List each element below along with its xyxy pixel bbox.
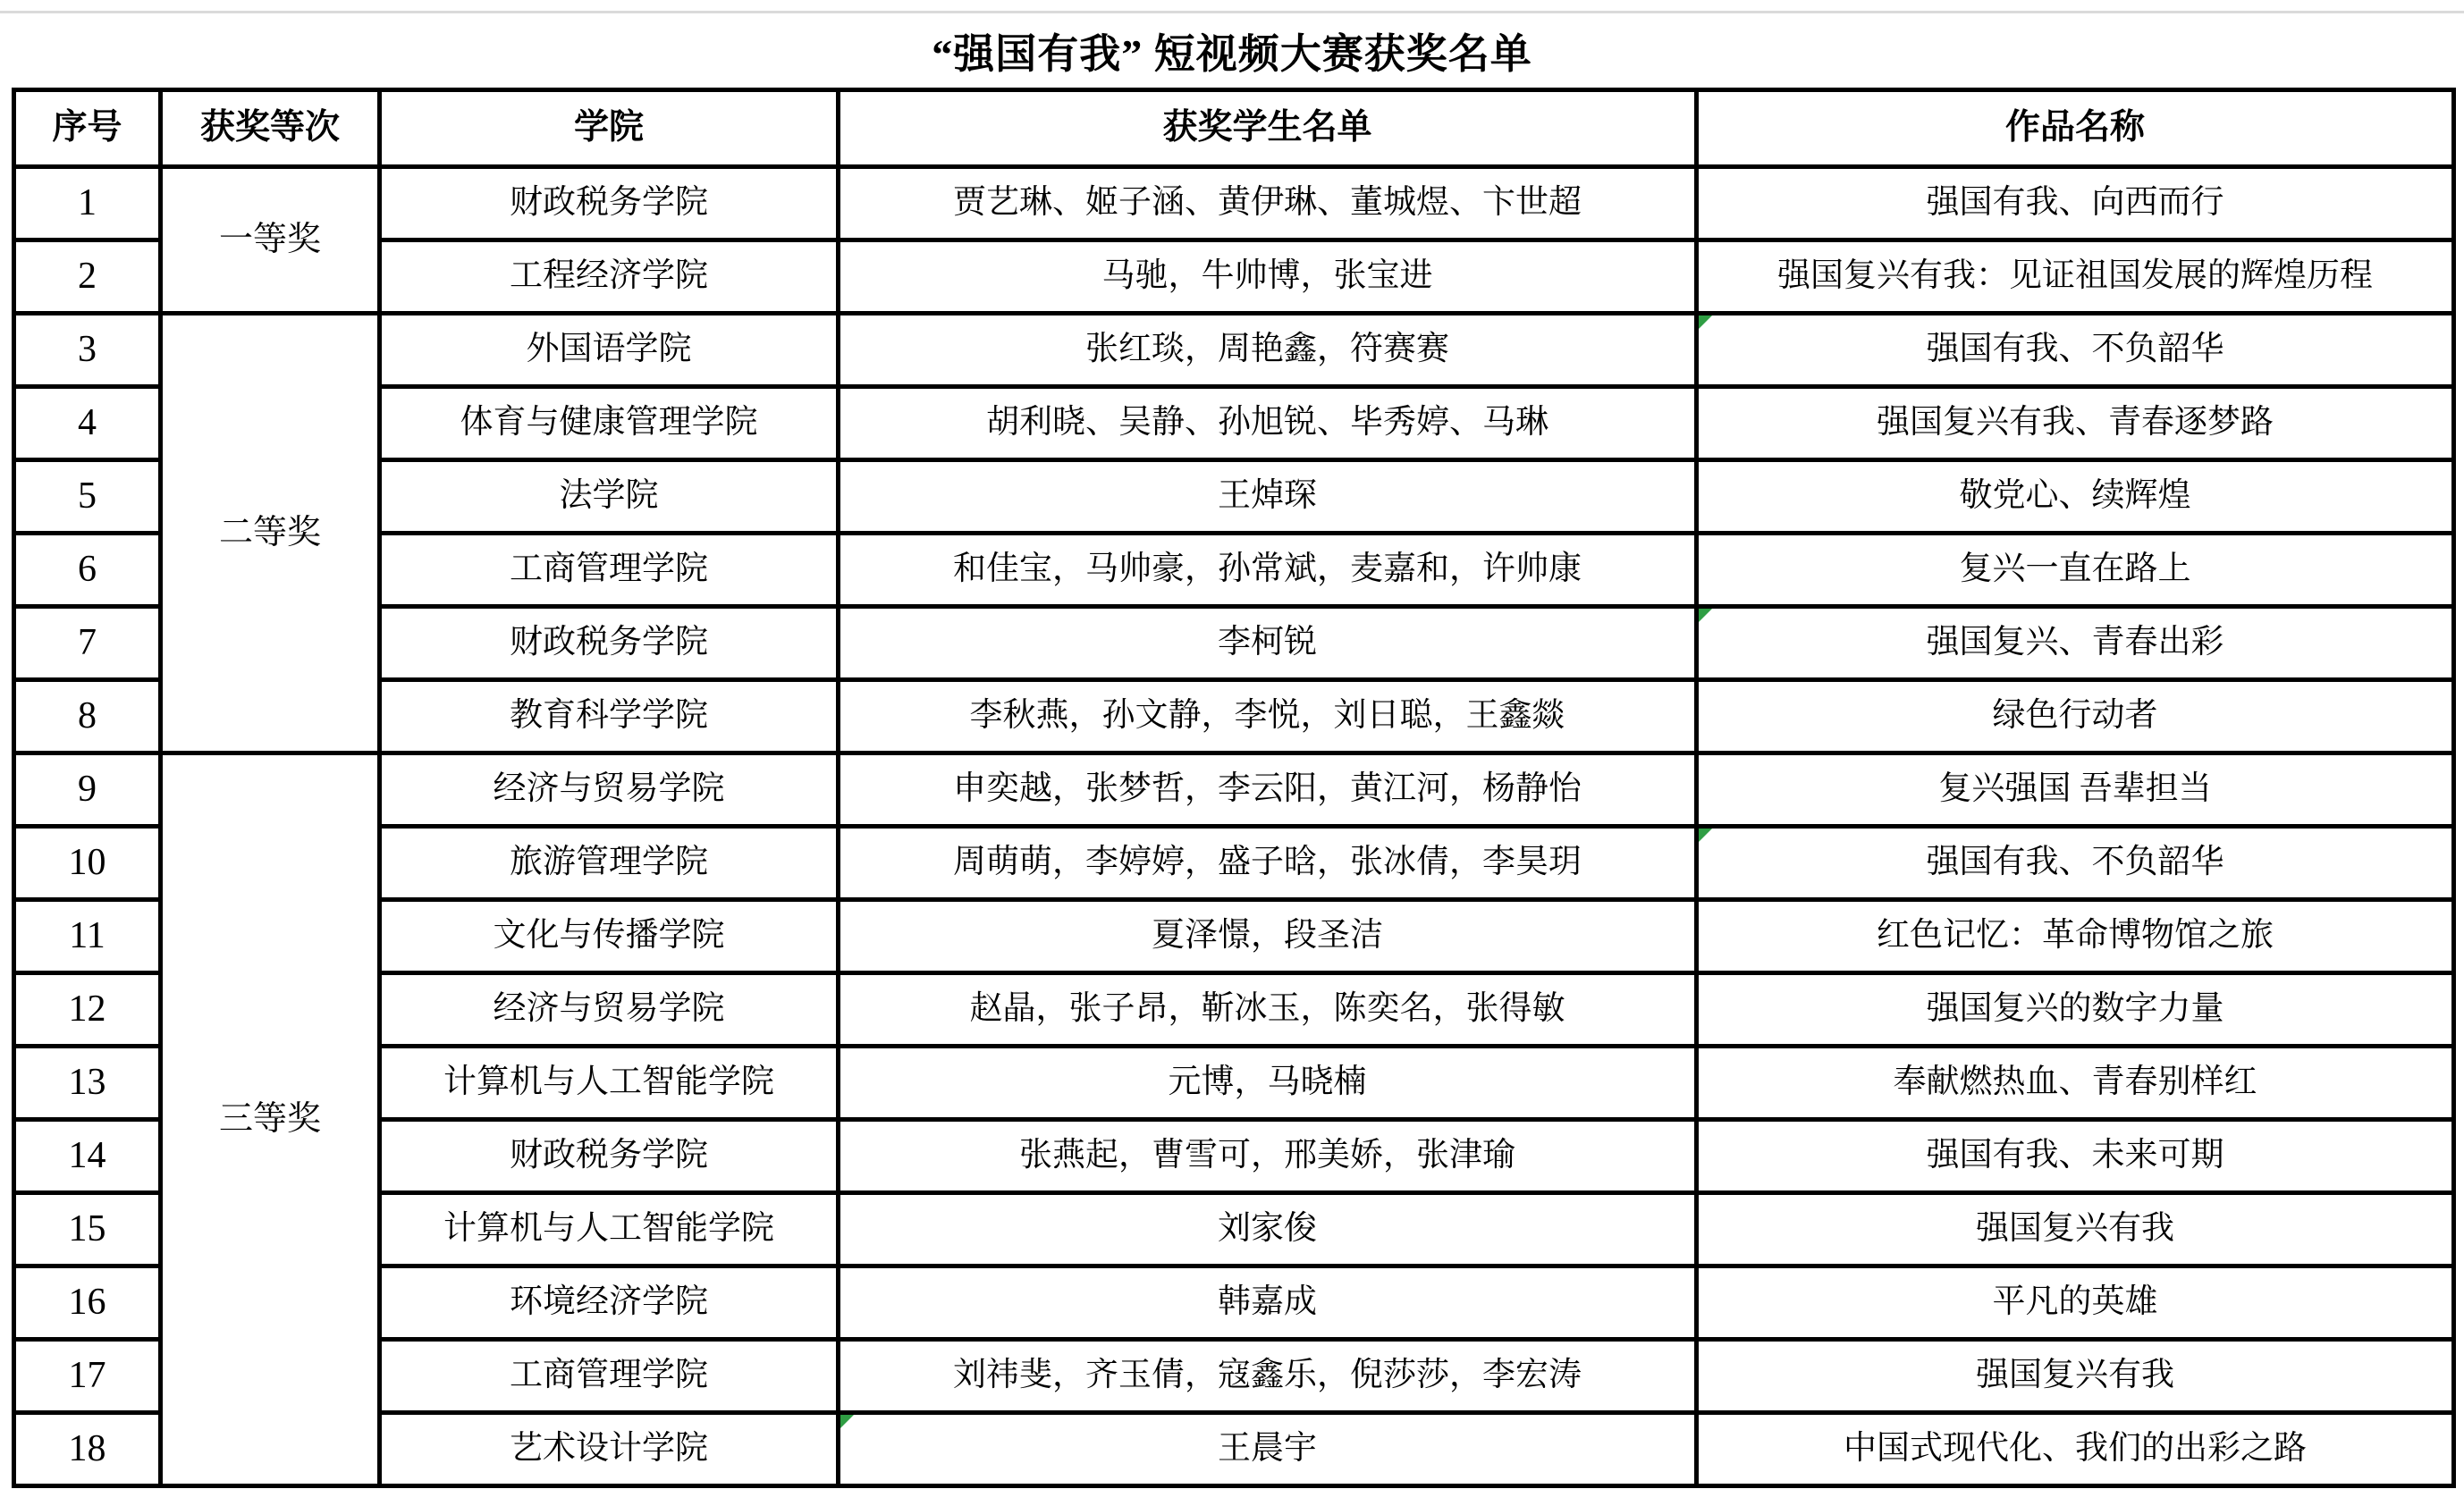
sheet-top-divider bbox=[0, 11, 2464, 13]
cell-no: 8 bbox=[14, 680, 161, 753]
cell-no: 12 bbox=[14, 973, 161, 1047]
col-header-award: 获奖等次 bbox=[161, 90, 380, 167]
cell-no: 14 bbox=[14, 1120, 161, 1193]
spreadsheet-page: “强国有我” 短视频大赛获奖名单 序号 获奖等次 学院 获奖学生名单 作品名称 … bbox=[0, 0, 2464, 1489]
cell-no: 16 bbox=[14, 1266, 161, 1340]
cell-students: 韩嘉成 bbox=[839, 1266, 1697, 1340]
cell-no: 15 bbox=[14, 1193, 161, 1266]
table-row: 11文化与传播学院夏泽憬，段圣洁红色记忆：革命博物馆之旅 bbox=[14, 900, 2454, 973]
cell-work: 奉献燃热血、青春别样红 bbox=[1697, 1047, 2454, 1120]
cell-college: 经济与贸易学院 bbox=[380, 753, 839, 827]
cell-work: 平凡的英雄 bbox=[1697, 1266, 2454, 1340]
cell-college: 法学院 bbox=[380, 460, 839, 534]
cell-work: 强国有我、向西而行 bbox=[1697, 167, 2454, 240]
cell-work: 强国有我、不负韶华 bbox=[1697, 827, 2454, 900]
cell-college: 工商管理学院 bbox=[380, 534, 839, 607]
cell-no: 3 bbox=[14, 314, 161, 387]
page-title: “强国有我” 短视频大赛获奖名单 bbox=[932, 21, 1532, 80]
cell-students: 王晨宇 bbox=[839, 1413, 1697, 1486]
title-bar: “强国有我” 短视频大赛获奖名单 bbox=[0, 16, 2464, 86]
cell-work: 强国复兴有我 bbox=[1697, 1193, 2454, 1266]
cell-students: 夏泽憬，段圣洁 bbox=[839, 900, 1697, 973]
cell-students: 周萌萌，李婷婷，盛子晗，张冰倩，李昊玥 bbox=[839, 827, 1697, 900]
cell-no: 4 bbox=[14, 387, 161, 460]
cell-students: 王焯琛 bbox=[839, 460, 1697, 534]
header-row: 序号 获奖等次 学院 获奖学生名单 作品名称 bbox=[14, 90, 2454, 167]
cell-college: 环境经济学院 bbox=[380, 1266, 839, 1340]
cell-students: 申奕越，张梦哲，李云阳，黄江河，杨静怡 bbox=[839, 753, 1697, 827]
table-row: 7财政税务学院李柯锐强国复兴、青春出彩 bbox=[14, 607, 2454, 680]
cell-no: 5 bbox=[14, 460, 161, 534]
cell-college: 计算机与人工智能学院 bbox=[380, 1193, 839, 1266]
cell-work: 复兴一直在路上 bbox=[1697, 534, 2454, 607]
cell-students: 张燕起，曹雪可，邢美娇，张津瑜 bbox=[839, 1120, 1697, 1193]
cell-no: 1 bbox=[14, 167, 161, 240]
cell-no: 17 bbox=[14, 1340, 161, 1413]
cell-college: 计算机与人工智能学院 bbox=[380, 1047, 839, 1120]
cell-work: 中国式现代化、我们的出彩之路 bbox=[1697, 1413, 2454, 1486]
cell-college: 体育与健康管理学院 bbox=[380, 387, 839, 460]
cell-students: 贾艺琳、姬子涵、黄伊琳、董城煜、卞世超 bbox=[839, 167, 1697, 240]
cell-work: 强国复兴的数字力量 bbox=[1697, 973, 2454, 1047]
cell-no: 10 bbox=[14, 827, 161, 900]
cell-work: 强国复兴有我、青春逐梦路 bbox=[1697, 387, 2454, 460]
table-row: 8教育科学学院李秋燕，孙文静，李悦，刘日聪，王鑫燚绿色行动者 bbox=[14, 680, 2454, 753]
cell-no: 6 bbox=[14, 534, 161, 607]
cell-students: 胡利晓、吴静、孙旭锐、毕秀婷、马琳 bbox=[839, 387, 1697, 460]
cell-work: 绿色行动者 bbox=[1697, 680, 2454, 753]
cell-college: 财政税务学院 bbox=[380, 1120, 839, 1193]
table-row: 12经济与贸易学院赵晶，张子昂，靳冰玉，陈奕名，张得敏强国复兴的数字力量 bbox=[14, 973, 2454, 1047]
table-row: 4体育与健康管理学院胡利晓、吴静、孙旭锐、毕秀婷、马琳强国复兴有我、青春逐梦路 bbox=[14, 387, 2454, 460]
cell-students: 李秋燕，孙文静，李悦，刘日聪，王鑫燚 bbox=[839, 680, 1697, 753]
cell-award: 三等奖 bbox=[161, 753, 380, 1486]
cell-award: 一等奖 bbox=[161, 167, 380, 314]
cell-college: 经济与贸易学院 bbox=[380, 973, 839, 1047]
cell-work: 强国复兴、青春出彩 bbox=[1697, 607, 2454, 680]
cell-students: 张红琰，周艳鑫，符赛赛 bbox=[839, 314, 1697, 387]
cell-college: 财政税务学院 bbox=[380, 167, 839, 240]
table-body: 1一等奖财政税务学院贾艺琳、姬子涵、黄伊琳、董城煜、卞世超强国有我、向西而行2工… bbox=[14, 167, 2454, 1486]
cell-no: 11 bbox=[14, 900, 161, 973]
table-row: 13计算机与人工智能学院元博，马晓楠奉献燃热血、青春别样红 bbox=[14, 1047, 2454, 1120]
cell-college: 工商管理学院 bbox=[380, 1340, 839, 1413]
cell-no: 7 bbox=[14, 607, 161, 680]
table-header: 序号 获奖等次 学院 获奖学生名单 作品名称 bbox=[14, 90, 2454, 167]
cell-work: 红色记忆：革命博物馆之旅 bbox=[1697, 900, 2454, 973]
cell-no: 18 bbox=[14, 1413, 161, 1486]
table-row: 5法学院王焯琛敬党心、续辉煌 bbox=[14, 460, 2454, 534]
table-row: 16环境经济学院韩嘉成平凡的英雄 bbox=[14, 1266, 2454, 1340]
cell-college: 财政税务学院 bbox=[380, 607, 839, 680]
table-row: 10旅游管理学院周萌萌，李婷婷，盛子晗，张冰倩，李昊玥强国有我、不负韶华 bbox=[14, 827, 2454, 900]
col-header-index: 序号 bbox=[14, 90, 161, 167]
cell-no: 2 bbox=[14, 240, 161, 314]
table-row: 14财政税务学院张燕起，曹雪可，邢美娇，张津瑜强国有我、未来可期 bbox=[14, 1120, 2454, 1193]
table-row: 9三等奖经济与贸易学院申奕越，张梦哲，李云阳，黄江河，杨静怡复兴强国 吾辈担当 bbox=[14, 753, 2454, 827]
cell-college: 艺术设计学院 bbox=[380, 1413, 839, 1486]
cell-students: 刘家俊 bbox=[839, 1193, 1697, 1266]
table-row: 1一等奖财政税务学院贾艺琳、姬子涵、黄伊琳、董城煜、卞世超强国有我、向西而行 bbox=[14, 167, 2454, 240]
table-row: 2工程经济学院马驰，牛帅博，张宝进强国复兴有我：见证祖国发展的辉煌历程 bbox=[14, 240, 2454, 314]
cell-college: 工程经济学院 bbox=[380, 240, 839, 314]
comment-marker-icon bbox=[1699, 609, 1712, 622]
cell-work: 强国复兴有我：见证祖国发展的辉煌历程 bbox=[1697, 240, 2454, 314]
cell-college: 外国语学院 bbox=[380, 314, 839, 387]
cell-college: 旅游管理学院 bbox=[380, 827, 839, 900]
comment-marker-icon bbox=[840, 1415, 854, 1428]
cell-college: 文化与传播学院 bbox=[380, 900, 839, 973]
cell-work: 强国复兴有我 bbox=[1697, 1340, 2454, 1413]
cell-award: 二等奖 bbox=[161, 314, 380, 753]
cell-students: 和佳宝，马帅豪，孙常斌，麦嘉和，许帅康 bbox=[839, 534, 1697, 607]
award-table: 序号 获奖等次 学院 获奖学生名单 作品名称 1一等奖财政税务学院贾艺琳、姬子涵… bbox=[12, 88, 2456, 1488]
cell-students: 马驰，牛帅博，张宝进 bbox=[839, 240, 1697, 314]
cell-college: 教育科学学院 bbox=[380, 680, 839, 753]
col-header-college: 学院 bbox=[380, 90, 839, 167]
table-row: 6工商管理学院和佳宝，马帅豪，孙常斌，麦嘉和，许帅康复兴一直在路上 bbox=[14, 534, 2454, 607]
cell-work: 强国有我、不负韶华 bbox=[1697, 314, 2454, 387]
table-row: 17工商管理学院刘祎斐，齐玉倩，寇鑫乐，倪莎莎，李宏涛强国复兴有我 bbox=[14, 1340, 2454, 1413]
cell-work: 敬党心、续辉煌 bbox=[1697, 460, 2454, 534]
cell-students: 李柯锐 bbox=[839, 607, 1697, 680]
cell-students: 刘祎斐，齐玉倩，寇鑫乐，倪莎莎，李宏涛 bbox=[839, 1340, 1697, 1413]
comment-marker-icon bbox=[1699, 315, 1712, 329]
cell-students: 赵晶，张子昂，靳冰玉，陈奕名，张得敏 bbox=[839, 973, 1697, 1047]
table-row: 3二等奖外国语学院张红琰，周艳鑫，符赛赛强国有我、不负韶华 bbox=[14, 314, 2454, 387]
cell-work: 强国有我、未来可期 bbox=[1697, 1120, 2454, 1193]
table-row: 15计算机与人工智能学院刘家俊强国复兴有我 bbox=[14, 1193, 2454, 1266]
cell-no: 13 bbox=[14, 1047, 161, 1120]
col-header-students: 获奖学生名单 bbox=[839, 90, 1697, 167]
cell-work: 复兴强国 吾辈担当 bbox=[1697, 753, 2454, 827]
cell-students: 元博，马晓楠 bbox=[839, 1047, 1697, 1120]
table-row: 18艺术设计学院王晨宇中国式现代化、我们的出彩之路 bbox=[14, 1413, 2454, 1486]
col-header-work: 作品名称 bbox=[1697, 90, 2454, 167]
comment-marker-icon bbox=[1699, 829, 1712, 842]
cell-no: 9 bbox=[14, 753, 161, 827]
